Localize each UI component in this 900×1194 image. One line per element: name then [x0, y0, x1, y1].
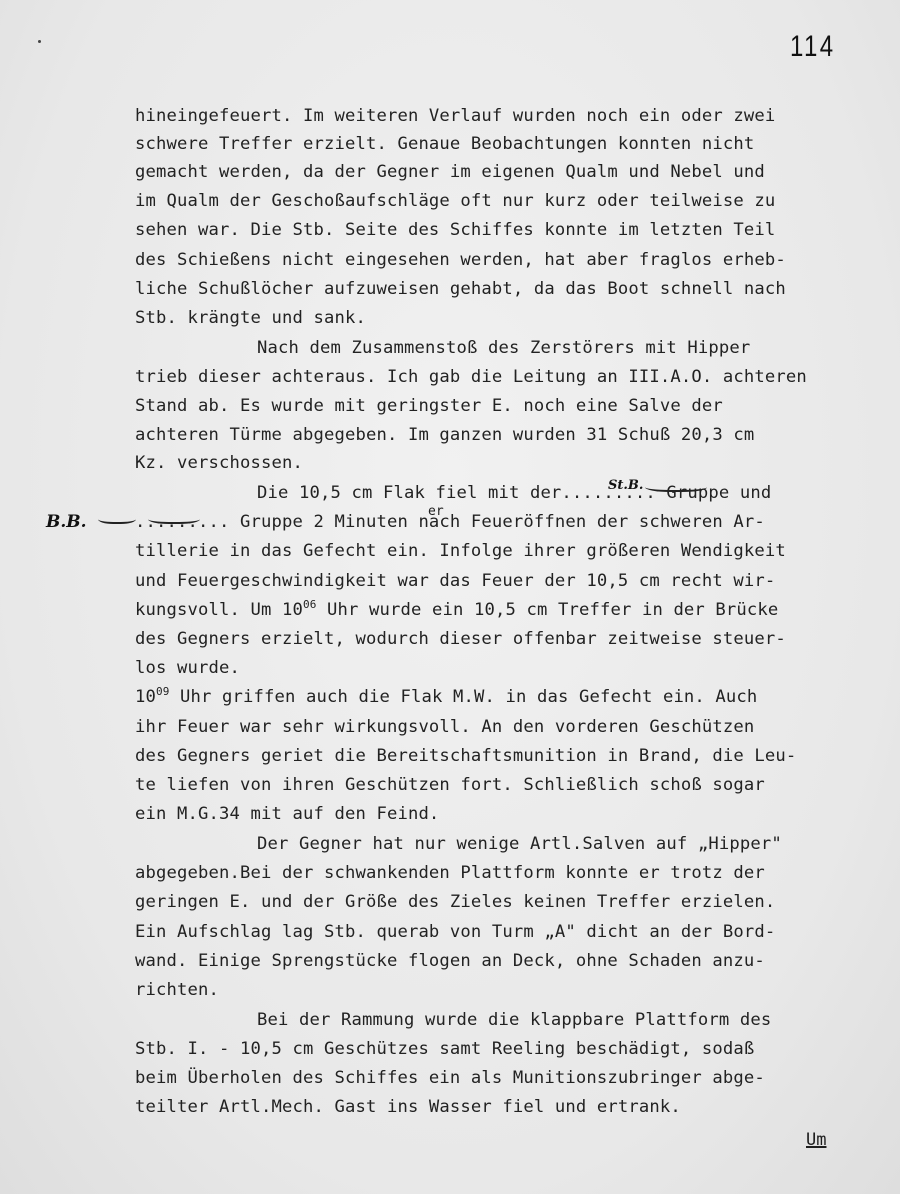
text-line: los wurde. — [135, 657, 240, 679]
text-line: Stb. krängte und sank. — [135, 307, 366, 329]
handwritten-scribble — [148, 512, 200, 524]
text-line: sehen war. Die Stb. Seite des Schiffes k… — [135, 219, 775, 241]
time-superscript: 09 — [156, 685, 170, 698]
text-line: te liefen von ihren Geschützen fort. Sch… — [135, 774, 765, 796]
document-page: 114 hineingefeuert. Im weiteren Verlauf … — [0, 0, 900, 1194]
text-line: geringen E. und der Größe des Zieles kei… — [135, 891, 775, 913]
text-line: des Gegners erzielt, wodurch dieser offe… — [135, 628, 786, 650]
catchword: Um — [806, 1130, 826, 1150]
text-line: ......... Gruppe 2 Minuten nach Feueröff… — [135, 511, 765, 533]
time-superscript: 06 — [303, 598, 317, 611]
text-line: ihr Feuer war sehr wirkungsvoll. An den … — [135, 716, 754, 738]
text-line: Bei der Rammung wurde die klappbare Plat… — [257, 1009, 771, 1031]
text-line: trieb dieser achteraus. Ich gab die Leit… — [135, 366, 807, 388]
text-line: teilter Artl.Mech. Gast ins Wasser fiel … — [135, 1096, 681, 1118]
text-line: und Feuergeschwindigkeit war das Feuer d… — [135, 570, 775, 592]
handwritten-annotation-stb: St.B. — [608, 478, 643, 493]
text-line: gemacht werden, da der Gegner im eigenen… — [135, 161, 765, 183]
text-line: beim Überholen des Schiffes ein als Muni… — [135, 1067, 765, 1089]
text-line: 1009 Uhr griffen auch die Flak M.W. in d… — [135, 686, 757, 708]
text-line: des Gegners geriet die Bereitschaftsmuni… — [135, 745, 796, 767]
text-line: Der Gegner hat nur wenige Artl.Salven au… — [257, 833, 782, 855]
text-line: Kz. verschossen. — [135, 452, 303, 474]
handwritten-margin-bb: B.B. — [46, 512, 87, 532]
text-line: tillerie in das Gefecht ein. Infolge ihr… — [135, 540, 786, 562]
text-line: Stand ab. Es wurde mit geringster E. noc… — [135, 395, 723, 417]
text-line: Ein Aufschlag lag Stb. querab von Turm „… — [135, 921, 775, 943]
text-line: ein M.G.34 mit auf den Feind. — [135, 803, 439, 825]
text-line: im Qualm der Geschoßaufschläge oft nur k… — [135, 190, 775, 212]
handwritten-scribble — [98, 512, 136, 524]
text-line: schwere Treffer erzielt. Genaue Beobacht… — [135, 133, 754, 155]
text-line: hineingefeuert. Im weiteren Verlauf wurd… — [135, 105, 775, 127]
text-line: Nach dem Zusammenstoß des Zerstörers mit… — [257, 337, 750, 359]
typed-insertion-er: er — [428, 504, 444, 519]
text-line: liche Schußlöcher aufzuweisen gehabt, da… — [135, 278, 786, 300]
text-line: des Schießens nicht eingesehen werden, h… — [135, 249, 786, 271]
text-line: achteren Türme abgegeben. Im ganzen wurd… — [135, 424, 754, 446]
handwritten-scribble — [645, 480, 707, 492]
page-number: 114 — [790, 30, 835, 64]
paper-speck — [38, 40, 41, 43]
text-line: kungsvoll. Um 1006 Uhr wurde ein 10,5 cm… — [135, 599, 778, 621]
text-line: Stb. I. - 10,5 cm Geschützes samt Reelin… — [135, 1038, 754, 1060]
text-line: wand. Einige Sprengstücke flogen an Deck… — [135, 950, 765, 972]
text-line: abgegeben.Bei der schwankenden Plattform… — [135, 862, 765, 884]
text-line: richten. — [135, 979, 219, 1001]
